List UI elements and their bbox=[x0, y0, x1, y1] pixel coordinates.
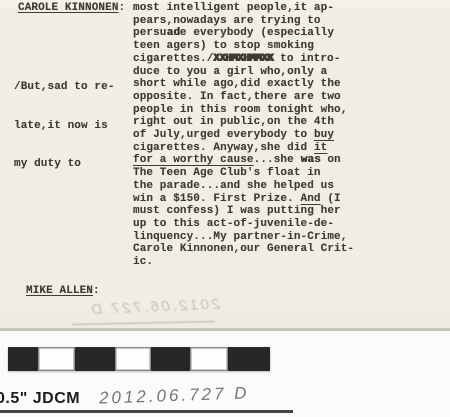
speaker-label-mike: MIKE ALLEN: bbox=[26, 285, 100, 298]
photo-scale-bar bbox=[8, 347, 270, 371]
bottom-rule bbox=[0, 410, 293, 413]
typed-line: for a worthy cause...she was on bbox=[133, 154, 363, 167]
typed-line: The Teen Age Club's float in bbox=[133, 167, 363, 180]
typed-line: must confess) I was putting her bbox=[133, 205, 363, 218]
typed-line: people in this room tonight who, bbox=[133, 104, 363, 117]
scale-bar-segment-black bbox=[8, 347, 38, 371]
typed-line: short while ago,did exactly the bbox=[133, 78, 363, 91]
typed-line: right out in public,on the 4th bbox=[133, 116, 363, 129]
typed-line: win a $150. First Prize. And (I bbox=[133, 193, 363, 206]
typed-line: persuade everybody (especially bbox=[133, 27, 363, 40]
typed-line: up to this act-of-juvenile-de- bbox=[133, 218, 363, 231]
typed-line: ic. bbox=[133, 256, 363, 269]
typed-line: duce to you a girl who,only a bbox=[133, 66, 363, 79]
scale-bar-segment-black bbox=[228, 347, 270, 371]
typed-line: of July,urged everybody to buy bbox=[133, 129, 363, 142]
scale-bar-segment-black bbox=[151, 347, 190, 371]
typed-line: pears,nowadays are trying to bbox=[133, 15, 363, 28]
typed-line: Carole Kinnonen,our General Crit- bbox=[133, 243, 363, 256]
scale-bar-segment-white bbox=[190, 347, 228, 371]
scale-label: 0.5" JDCM bbox=[0, 390, 80, 408]
speaker-name: MIKE ALLEN bbox=[26, 285, 93, 297]
typed-line: teen agers) to stop smoking bbox=[133, 40, 363, 53]
speaker-colon: : bbox=[119, 2, 126, 14]
speaker-label-carole: CAROLE KINNONEN: bbox=[18, 2, 125, 15]
typed-body: most intelligent people,it ap-pears,nowa… bbox=[133, 2, 363, 269]
typed-line: cigarettes. Anyway,she did it bbox=[133, 142, 363, 155]
margin-note-line: late,it now is bbox=[14, 120, 115, 133]
scale-bar-segment-black bbox=[75, 347, 115, 371]
paper: CAROLE KINNONEN: /But,sad to re- late,it… bbox=[0, 0, 450, 331]
scale-bar-segment-white bbox=[115, 347, 151, 371]
margin-note-line: /But,sad to re- bbox=[14, 81, 115, 94]
speaker-colon: : bbox=[93, 285, 100, 297]
speaker-name: CAROLE KINNONEN bbox=[18, 2, 119, 14]
bleedthrough-handwriting: 2012.06.727 D bbox=[62, 296, 221, 320]
typed-line: cigarettes./XXHMXHMMXK to intro- bbox=[133, 53, 363, 66]
typed-line: opposite. In fact,there are two bbox=[133, 91, 363, 104]
margin-note: /But,sad to re- late,it now is my duty t… bbox=[14, 56, 115, 196]
bleedthrough-underline bbox=[72, 321, 215, 326]
typed-line: most intelligent people,it ap- bbox=[133, 2, 363, 15]
scale-bar-segment-white bbox=[38, 347, 75, 371]
accession-number-handwritten: 2012.06.727 D bbox=[99, 383, 250, 408]
typed-line: linquency...My partner-in-Crime, bbox=[133, 231, 363, 244]
scanned-document-view: CAROLE KINNONEN: /But,sad to re- late,it… bbox=[0, 0, 450, 417]
margin-note-line: my duty to bbox=[14, 158, 115, 171]
typed-line: the parade...and she helped us bbox=[133, 180, 363, 193]
